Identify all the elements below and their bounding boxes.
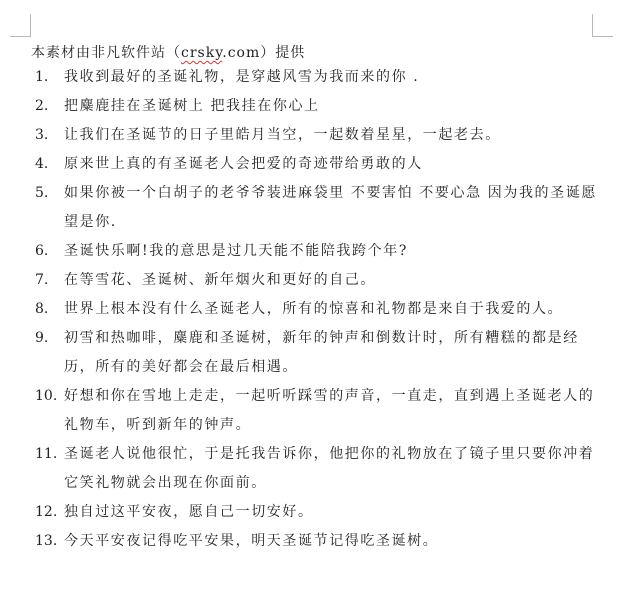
list-item-text: 我收到最好的圣诞礼物，是穿越风雪为我而来的你 .: [64, 63, 601, 92]
list-item: 6.圣诞快乐啊!我的意思是过几天能不能陪我跨个年?: [31, 237, 601, 266]
list-item-text: 如果你被一个白胡子的老爷爷装进麻袋里 不要害怕 不要心急 因为我的圣诞愿望是你.: [64, 179, 601, 237]
list-number: 7.: [35, 266, 48, 295]
list-number: 6.: [35, 237, 48, 266]
list-number: 3.: [35, 121, 48, 150]
list-number: 1.: [35, 63, 48, 92]
list-item-text: 让我们在圣诞节的日子里皓月当空，一起数着星星，一起老去。: [64, 121, 601, 150]
list-item-text: 初雪和热咖啡，麋鹿和圣诞树，新年的钟声和倒数计时，所有糟糕的都是经历，所有的美好…: [64, 324, 601, 382]
page-margin-corner-top-right: [592, 14, 613, 37]
list-item: 7.在等雪花、圣诞树、新年烟火和更好的自己。: [31, 266, 601, 295]
document-body[interactable]: 本素材由非凡软件站（crsky.com）提供 1.我收到最好的圣诞礼物，是穿越风…: [31, 43, 601, 556]
source-suffix: .com）提供: [222, 45, 305, 61]
list-number: 2.: [35, 92, 48, 121]
list-item-text: 好想和你在雪地上走走，一起听听踩雪的声音，一直走，直到遇上圣诞老人的礼物车，听到…: [64, 382, 601, 440]
list-item-text: 圣诞快乐啊!我的意思是过几天能不能陪我跨个年?: [64, 237, 601, 266]
list-item-text: 世界上根本没有什么圣诞老人，所有的惊喜和礼物都是来自于我爱的人。: [64, 295, 601, 324]
list-number: 13.: [35, 527, 57, 556]
list-item: 9.初雪和热咖啡，麋鹿和圣诞树，新年的钟声和倒数计时，所有糟糕的都是经历，所有的…: [31, 324, 601, 382]
list-item-text: 独自过这平安夜，愿自己一切安好。: [64, 498, 601, 527]
list-number: 5.: [35, 179, 48, 208]
list-item: 5.如果你被一个白胡子的老爷爷装进麻袋里 不要害怕 不要心急 因为我的圣诞愿望是…: [31, 179, 601, 237]
list-item-text: 在等雪花、圣诞树、新年烟火和更好的自己。: [64, 266, 601, 295]
list-number: 11.: [35, 440, 57, 469]
list-item-text: 把麋鹿挂在圣诞树上 把我挂在你心上: [64, 92, 601, 121]
list-item-text: 圣诞老人说他很忙，于是托我告诉你，他把你的礼物放在了镜子里只要你冲着它笑礼物就会…: [64, 440, 601, 498]
list-item: 11.圣诞老人说他很忙，于是托我告诉你，他把你的礼物放在了镜子里只要你冲着它笑礼…: [31, 440, 601, 498]
list-number: 4.: [35, 150, 48, 179]
list-item: 2.把麋鹿挂在圣诞树上 把我挂在你心上: [31, 92, 601, 121]
numbered-list: 1.我收到最好的圣诞礼物，是穿越风雪为我而来的你 . 2.把麋鹿挂在圣诞树上 把…: [31, 63, 601, 556]
list-item: 8.世界上根本没有什么圣诞老人，所有的惊喜和礼物都是来自于我爱的人。: [31, 295, 601, 324]
source-attribution: 本素材由非凡软件站（crsky.com）提供: [31, 43, 601, 63]
source-prefix: 本素材由非凡软件站（: [31, 45, 181, 61]
list-number: 10.: [35, 382, 57, 411]
list-item: 12.独自过这平安夜，愿自己一切安好。: [31, 498, 601, 527]
list-item: 3.让我们在圣诞节的日子里皓月当空，一起数着星星，一起老去。: [31, 121, 601, 150]
list-item: 4.原来世上真的有圣诞老人会把爱的奇迹带给勇敢的人: [31, 150, 601, 179]
list-item-text: 今天平安夜记得吃平安果，明天圣诞节记得吃圣诞树。: [64, 527, 601, 556]
list-item: 10.好想和你在雪地上走走，一起听听踩雪的声音，一直走，直到遇上圣诞老人的礼物车…: [31, 382, 601, 440]
page-margin-corner-top-left: [10, 14, 31, 37]
spellcheck-underlined-word[interactable]: crsky: [181, 45, 222, 61]
list-number: 12.: [35, 498, 57, 527]
list-item-text: 原来世上真的有圣诞老人会把爱的奇迹带给勇敢的人: [64, 150, 601, 179]
list-number: 8.: [35, 295, 48, 324]
list-item: 13.今天平安夜记得吃平安果，明天圣诞节记得吃圣诞树。: [31, 527, 601, 556]
list-item: 1.我收到最好的圣诞礼物，是穿越风雪为我而来的你 .: [31, 63, 601, 92]
list-number: 9.: [35, 324, 48, 353]
